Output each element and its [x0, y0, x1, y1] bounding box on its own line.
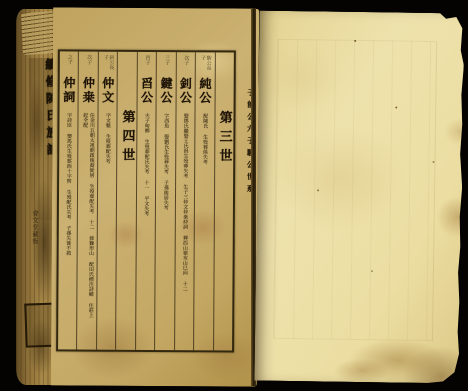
ancestor-name: 純公 [199, 77, 211, 105]
biography-note: 娶鄧氏繼娶王氏俱生殁葬失考 生子三仲文仲桒仲詞 葬西山嶺亥山巳向 十二 [181, 113, 189, 318]
foxing-specks [354, 40, 356, 42]
relation-label: 次子 [86, 55, 92, 73]
biography-note: 字詩臣 娶馬氏生殁葬西十字窖 生殁配氏失考 子孫失徙不敘 [64, 112, 72, 317]
relation-label: 釗公長子 [102, 55, 113, 73]
ancestor-name: 仲桒 [82, 77, 94, 105]
book-photograph: 續修陳氏族譜 卷二 會文堂藏板 修文齋藏 之子 仲詞 字詩臣 娶馬氏生殁葬西十字… [0, 0, 468, 391]
entry-column-chungong: 駿公長子 純公 配陳氏 生殁葬俱失考 [193, 52, 214, 350]
left-page: 之子 仲詞 字詩臣 娶馬氏生殁葬西十字窖 生殁配氏失考 子孫失徙不敘 次子 仲桒… [51, 7, 259, 386]
relation-label: 三子 [163, 55, 169, 73]
entry-column-zhongwen: 釗公長子 仲文 字文魁 生殁葬配失考 [96, 52, 117, 350]
relation-label: 次子 [183, 55, 189, 73]
relation-label: 之子 [66, 54, 72, 72]
entry-column-yaogong: 四子 舀公 夫子甸鄉 生殁葬配氏失考 十一 平文失考 [135, 52, 156, 350]
entry-column-jiangong: 三子 鍵公 字西魚 娶劉氏生殁葬失考 子孫徙居失考 [154, 52, 175, 350]
generation-heading-column-3: 第三世 [213, 52, 234, 350]
ancestor-name: 釗公 [179, 77, 191, 105]
entry-column-zhaogong: 次子 釗公 娶鄧氏繼娶王氏俱生殁葬失考 生子三仲文仲桒仲詞 葬西山嶺亥山巳向 十… [174, 52, 195, 350]
generation-heading-column-4: 第四世 [115, 52, 136, 350]
biography-note: 字西魚 娶劉氏生殁葬失考 子孫徙居失考 [161, 113, 169, 318]
entry-column-zhongsang: 次子 仲桒 任金川五朝太祖朝啟後裔徙居 生殁葬配失考 十二 葬獅形山 配田氏標注… [77, 52, 98, 350]
biography-note: 配陳氏 生殁葬俱失考 [200, 113, 208, 318]
lineage-columns: 之子 仲詞 字詩臣 娶馬氏生殁葬西十字窖 生殁配氏失考 子孫失徙不敘 次子 仲桒… [58, 51, 234, 350]
lineage-table-frame: 之子 仲詞 字詩臣 娶馬氏生殁葬西十字窖 生殁配氏失考 子孫失徙不敘 次子 仲桒… [56, 49, 236, 352]
ancestor-name: 鍵公 [160, 77, 172, 105]
ancestor-name: 舀公 [141, 77, 153, 105]
ancestor-name: 仲詞 [63, 76, 75, 104]
biography-note: 夫子甸鄉 生殁葬配氏失考 十一 平文失考 [142, 113, 150, 318]
generation-heading: 第三世 [217, 110, 230, 167]
entry-column-zhongci: 之子 仲詞 字詩臣 娶馬氏生殁葬西十字窖 生殁配氏失考 子孫失徙不敘 [58, 51, 78, 349]
biography-note: 字文魁 生殁葬配失考 [103, 113, 111, 318]
relation-label: 四子 [144, 55, 150, 73]
relation-label: 駿公長子 [200, 55, 211, 73]
right-page [254, 11, 464, 384]
ancestor-name: 仲文 [102, 77, 114, 105]
generation-heading: 第四世 [120, 110, 133, 167]
biography-note: 任金川五朝太祖朝啟後裔徙居 生殁葬配失考 十二 葬獅形山 配田氏標注詩鄉 住莊上… [80, 113, 95, 318]
spine-colophon: 會文堂藏板 [27, 210, 37, 274]
grid-show-through [273, 39, 437, 341]
